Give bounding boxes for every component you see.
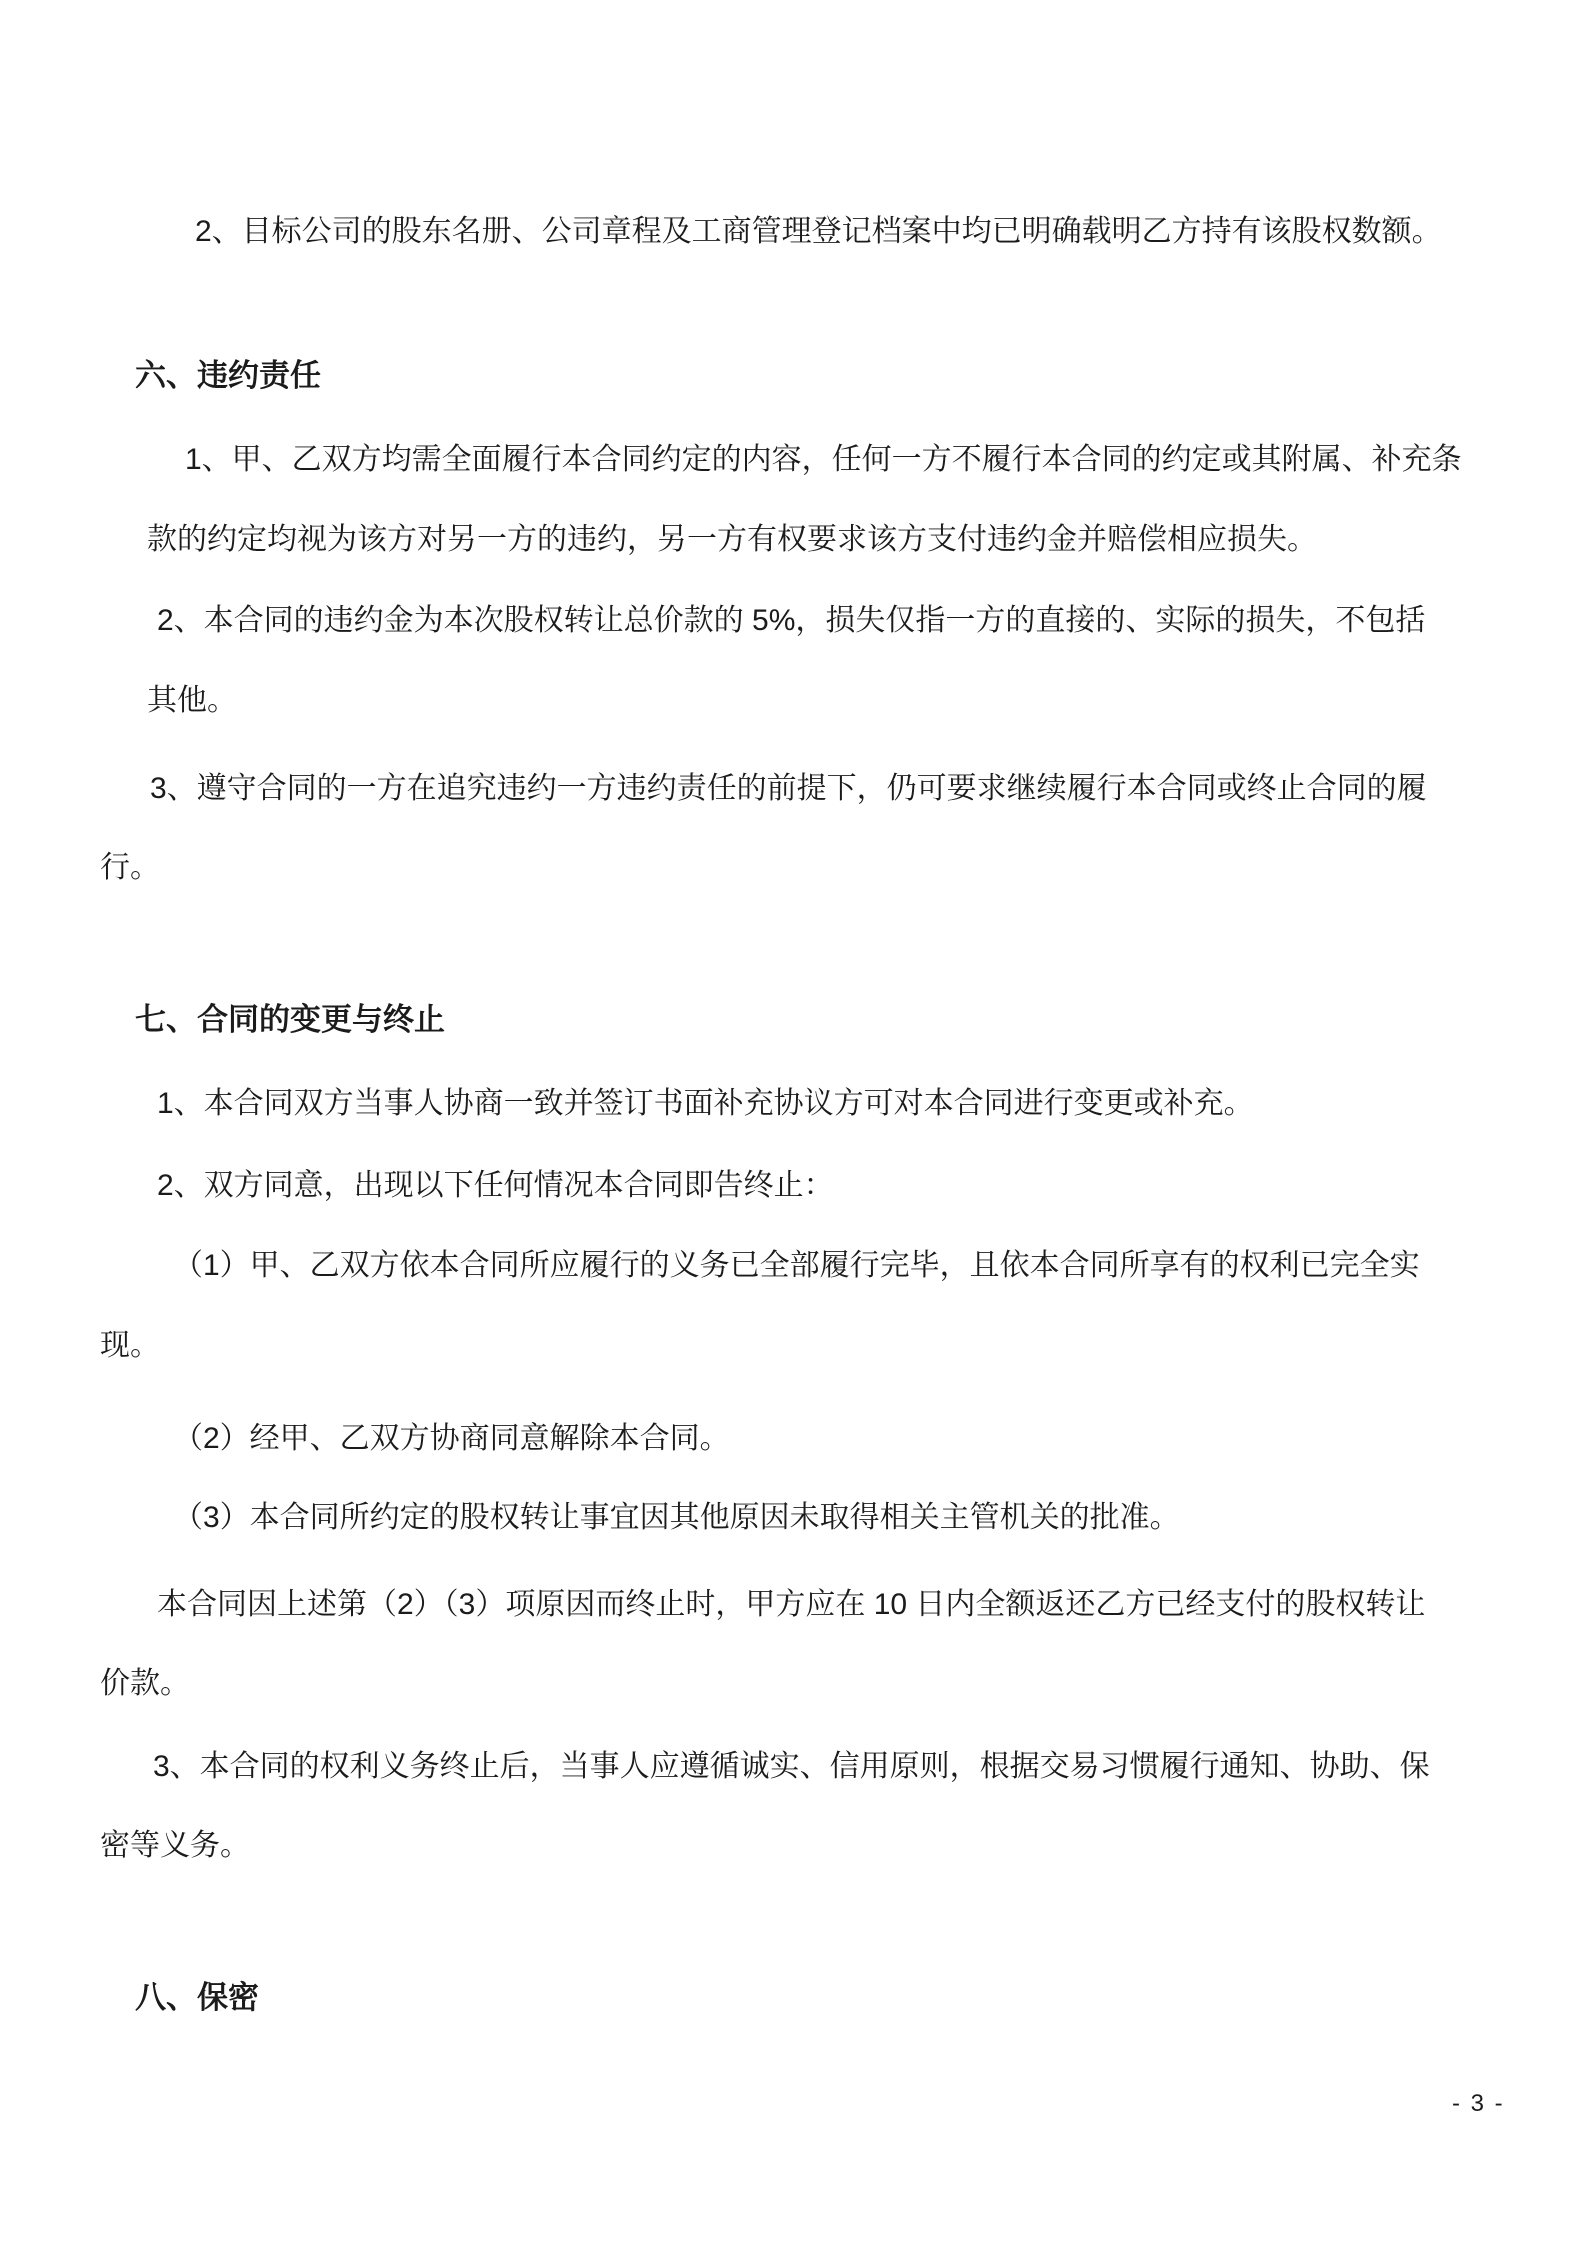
- contract-page: 2、目标公司的股东名册、公司章程及工商管理登记档案中均已明确载明乙方持有该股权数…: [0, 0, 1586, 2244]
- text-line-clause7-1: 1、本合同双方当事人协商一致并签订书面补充协议方可对本合同进行变更或补充。: [157, 1084, 1254, 1124]
- heading-section-7-modification-termination: 七、合同的变更与终止: [135, 1000, 445, 1040]
- text-line-clause6-2b: 其他。: [147, 681, 237, 721]
- text-line-clause7-2-sub2: （2）经甲、乙双方协商同意解除本合同。: [173, 1419, 730, 1459]
- text-line-clause6-1a: 1、甲、乙双方均需全面履行本合同约定的内容，任何一方不履行本合同的约定或其附属、…: [185, 440, 1462, 480]
- text-line-clause6-3a: 3、遵守合同的一方在追究违约一方违约责任的前提下，仍可要求继续履行本合同或终止合…: [150, 769, 1427, 809]
- text-line-clause7-3b: 密等义务。: [100, 1826, 250, 1866]
- text-line-clause6-1b: 款的约定均视为该方对另一方的违约，另一方有权要求该方支付违约金并赔偿相应损失。: [147, 520, 1317, 560]
- text-line-clause7-refund-b: 价款。: [100, 1664, 190, 1704]
- text-line-shareholder-register: 2、目标公司的股东名册、公司章程及工商管理登记档案中均已明确载明乙方持有该股权数…: [195, 212, 1442, 252]
- text-line-clause7-refund-a: 本合同因上述第（2）（3）项原因而终止时，甲方应在 10 日内全额返还乙方已经支…: [157, 1585, 1425, 1625]
- text-line-clause6-3b: 行。: [100, 848, 160, 888]
- heading-section-8-confidentiality: 八、保密: [135, 1978, 259, 2018]
- text-line-clause7-3a: 3、本合同的权利义务终止后，当事人应遵循诚实、信用原则，根据交易习惯履行通知、协…: [153, 1747, 1430, 1787]
- heading-section-6-breach-liability: 六、违约责任: [135, 356, 321, 396]
- text-line-clause6-2a: 2、本合同的违约金为本次股权转让总价款的 5%，损失仅指一方的直接的、实际的损失…: [157, 601, 1425, 641]
- text-line-clause7-2: 2、双方同意，出现以下任何情况本合同即告终止：: [157, 1166, 834, 1206]
- page-number: - 3 -: [1452, 2090, 1505, 2118]
- text-line-clause7-2-sub1a: （1）甲、乙双方依本合同所应履行的义务已全部履行完毕，且依本合同所享有的权利已完…: [173, 1246, 1420, 1286]
- text-line-clause7-2-sub1b: 现。: [100, 1326, 160, 1366]
- text-line-clause7-2-sub3: （3）本合同所约定的股权转让事宜因其他原因未取得相关主管机关的批准。: [173, 1498, 1180, 1538]
